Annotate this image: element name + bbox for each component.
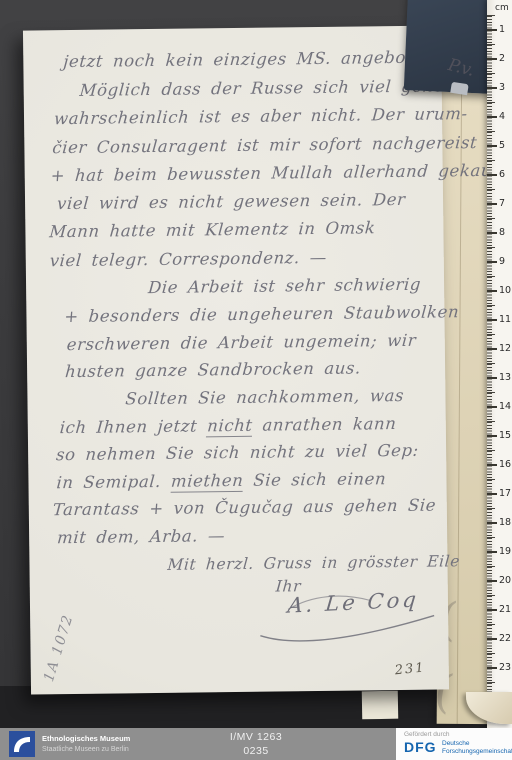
letter-line: in Semipal. miethen Sie sich einen — [56, 469, 387, 492]
ruler-cm-tick — [487, 522, 497, 524]
page-crease — [457, 52, 463, 724]
ruler-cm-tick — [487, 435, 497, 437]
ruler-cm-tick — [487, 87, 497, 89]
ruler-cm-tick — [487, 290, 497, 292]
ruler-cm-number: 7 — [499, 198, 505, 209]
ruler-cm-number: 19 — [499, 546, 511, 557]
ruler-cm-number: 2 — [499, 53, 505, 64]
ruler-cm-number: 23 — [499, 662, 511, 673]
letter-line: Die Arbeit ist sehr schwierig — [147, 275, 421, 297]
ruler-cm-tick — [487, 667, 497, 669]
ruler-cm-number: 11 — [499, 314, 511, 325]
ruler-cm-number: 3 — [499, 82, 505, 93]
letter-line: viel telegr. Correspondenz. — — [49, 248, 328, 270]
ruler-cm-tick — [487, 406, 497, 408]
paper-slip — [362, 691, 398, 720]
letter-line: erschweren die Arbeit ungemein; wir — [66, 331, 417, 354]
ruler-cm-tick — [487, 377, 497, 379]
ruler-cm-tick — [487, 551, 497, 553]
ruler-cm-tick — [487, 174, 497, 176]
ruler-cm-number: 18 — [499, 517, 511, 528]
letter-line: ich Ihnen jetzt nicht anrathen kann — [59, 414, 397, 437]
ruler-cm-tick — [487, 493, 497, 495]
ruler-cm-number: 20 — [499, 575, 511, 586]
ruler-cm-number: 4 — [499, 111, 505, 122]
ruler-cm-number: 21 — [499, 604, 511, 615]
ruler-cm-tick — [487, 319, 497, 321]
cm-ruler: cm 1234567891011121314151617181920212223… — [487, 0, 512, 728]
ruler-cm-tick — [487, 29, 497, 31]
footer-bar: Ethnologisches Museum Staatliche Museen … — [0, 728, 512, 760]
dfg-logo: DFG — [404, 739, 437, 755]
ruler-cm-tick — [487, 203, 497, 205]
ruler-cm-number: 16 — [499, 459, 511, 470]
ruler-unit-label: cm — [495, 3, 509, 13]
letter-page: jetzt noch kein einziges MS. angeboten w… — [23, 25, 449, 694]
ruler-cm-tick — [487, 58, 497, 60]
ruler-cm-tick — [487, 232, 497, 234]
letter-line: Sollten Sie nachkommen, was — [125, 386, 405, 408]
ruler-cm-number: 12 — [499, 343, 511, 354]
ruler-cm-number: 5 — [499, 140, 505, 151]
dfg-funding-box: Gefördert durch DFG Deutsche Forschungsg… — [396, 728, 512, 760]
letter-line: husten ganze Sandbrocken aus. — [64, 358, 361, 381]
letter-line: Mann hatte mit Klementz in Omsk — [49, 218, 377, 241]
ruler-cm-tick — [487, 145, 497, 147]
ruler-mm-ticks — [487, 16, 492, 706]
ruler-cm-tick — [487, 609, 497, 611]
ruler-cm-tick — [487, 348, 497, 350]
letter-line: Mit herzl. Gruss in grösster Eile — [167, 552, 461, 574]
dfg-org-name: Deutsche Forschungsgemeinschaft — [442, 740, 512, 756]
letter-line: + hat beim bewussten Mullah allerhand ge… — [50, 161, 512, 186]
letter-line: čier Consularagent ist mir sofort nachge… — [52, 133, 478, 157]
letter-line: + besonders die ungeheuren Staubwolken — [64, 302, 460, 326]
ruler-cm-number: 10 — [499, 285, 511, 296]
scan-photo-area: ( ( jetzt noch kein einziges MS. angebot… — [0, 0, 512, 728]
ruler-cm-tick — [487, 116, 497, 118]
page-number-pencil: 231 — [394, 660, 426, 678]
ruler-cm-number: 8 — [499, 227, 505, 238]
ruler-cm-number: 17 — [499, 488, 511, 499]
ruler-cm-number: 15 — [499, 430, 511, 441]
letter-line: Tarantass + von Čugučag aus gehen Sie — [52, 496, 437, 520]
funding-pretext: Gefördert durch — [404, 731, 450, 738]
letter-line: mit dem, Arba. — — [56, 526, 225, 547]
ruler-cm-number: 22 — [499, 633, 511, 644]
ruler-cm-number: 9 — [499, 256, 505, 267]
dark-cover — [404, 0, 496, 94]
ruler-cm-number: 14 — [499, 401, 511, 412]
letter-line: wahrscheinlich ist es aber nicht. Der ur… — [53, 104, 468, 128]
ruler-cm-tick — [487, 638, 497, 640]
letter-line: so nehmen Sie sich nicht zu viel Gep: — [55, 441, 419, 464]
ruler-cm-number: 6 — [499, 169, 505, 180]
ruler-cm-tick — [487, 580, 497, 582]
letter-line: viel wird es nicht gewesen sein. Der — [56, 190, 406, 213]
ruler-cm-number: 13 — [499, 372, 511, 383]
signature-name: A. Le Coq — [287, 587, 420, 617]
ruler-cm-number: 1 — [499, 24, 505, 35]
letter-lines: jetzt noch kein einziges MS. angeboten w… — [23, 25, 441, 30]
ruler-cm-tick — [487, 261, 497, 263]
ruler-cm-tick — [487, 464, 497, 466]
